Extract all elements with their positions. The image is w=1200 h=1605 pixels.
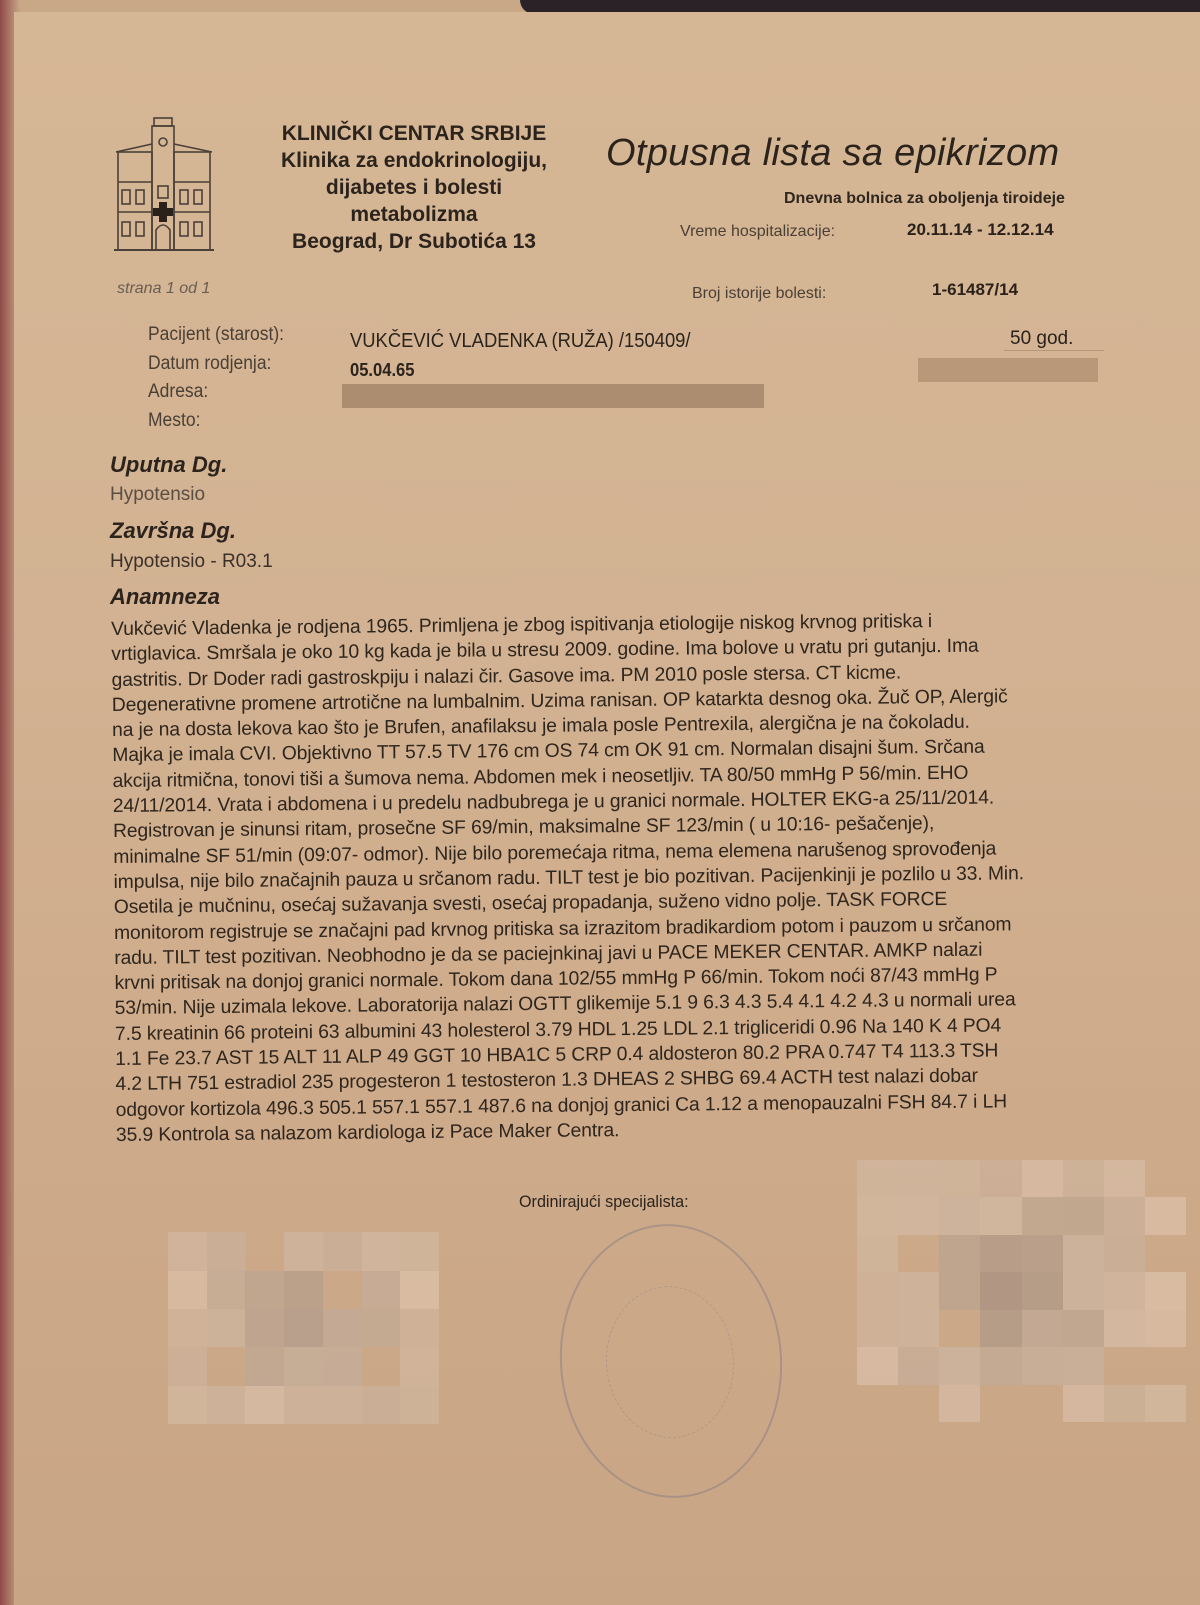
history-label: Broj istorije bolesti: [692, 285, 826, 303]
hospitalization-label: Vreme hospitalizacije: [680, 223, 835, 241]
patient-age: 50 god. [1010, 328, 1073, 350]
institution-header: KLINIČKI CENTAR SRBIJE Klinika za endokr… [244, 120, 584, 255]
discharge-document: KLINIČKI CENTAR SRBIJE Klinika za endokr… [14, 12, 1200, 1605]
final-diagnosis: Hypotensio - R03.1 [110, 551, 273, 573]
dob-label: Datum rodjenja: [148, 353, 271, 375]
dob-value: 05.04.65 [350, 360, 414, 381]
specialist-label: Ordinirajući specijalista: [519, 1192, 689, 1212]
patient-name: VUKČEVIĆ VLADENKA (RUŽA) /150409/ [350, 330, 691, 353]
institution-line: metabolizma [244, 201, 584, 228]
department: Dnevna bolnica za oboljenja tiroideje [784, 190, 1065, 208]
address-label: Adresa: [148, 381, 208, 403]
redacted-address [342, 384, 764, 408]
official-stamp-icon [551, 1217, 792, 1506]
hospital-building-icon [114, 112, 214, 252]
redacted-signature-left [129, 1194, 439, 1424]
redacted-signature-right [816, 1122, 1186, 1422]
institution-line: Beograd, Dr Subotića 13 [244, 228, 584, 255]
page-number: strana 1 od 1 [117, 280, 210, 298]
divider [1004, 350, 1104, 351]
anamnesis-text: Vukčević Vladenka je rodjena 1965. Priml… [111, 607, 1156, 1148]
referral-diagnosis-title: Uputna Dg. [110, 452, 227, 478]
institution-line: Klinika za endokrinologiju, [244, 147, 584, 174]
referral-diagnosis: Hypotensio [110, 484, 205, 506]
hospitalization-value: 20.11.14 - 12.12.14 [907, 220, 1054, 240]
patient-name-label: Pacijent (starost): [148, 324, 284, 346]
anamnesis-title: Anamneza [110, 584, 220, 610]
redacted-field [918, 358, 1098, 382]
document-title: Otpusna lista sa epikrizom [606, 132, 1059, 175]
institution-line: KLINIČKI CENTAR SRBIJE [244, 120, 584, 147]
city-label: Mesto: [148, 410, 200, 432]
final-diagnosis-title: Završna Dg. [110, 518, 236, 544]
history-number: 1-61487/14 [932, 280, 1018, 300]
institution-line: dijabetes i bolesti [244, 174, 584, 201]
